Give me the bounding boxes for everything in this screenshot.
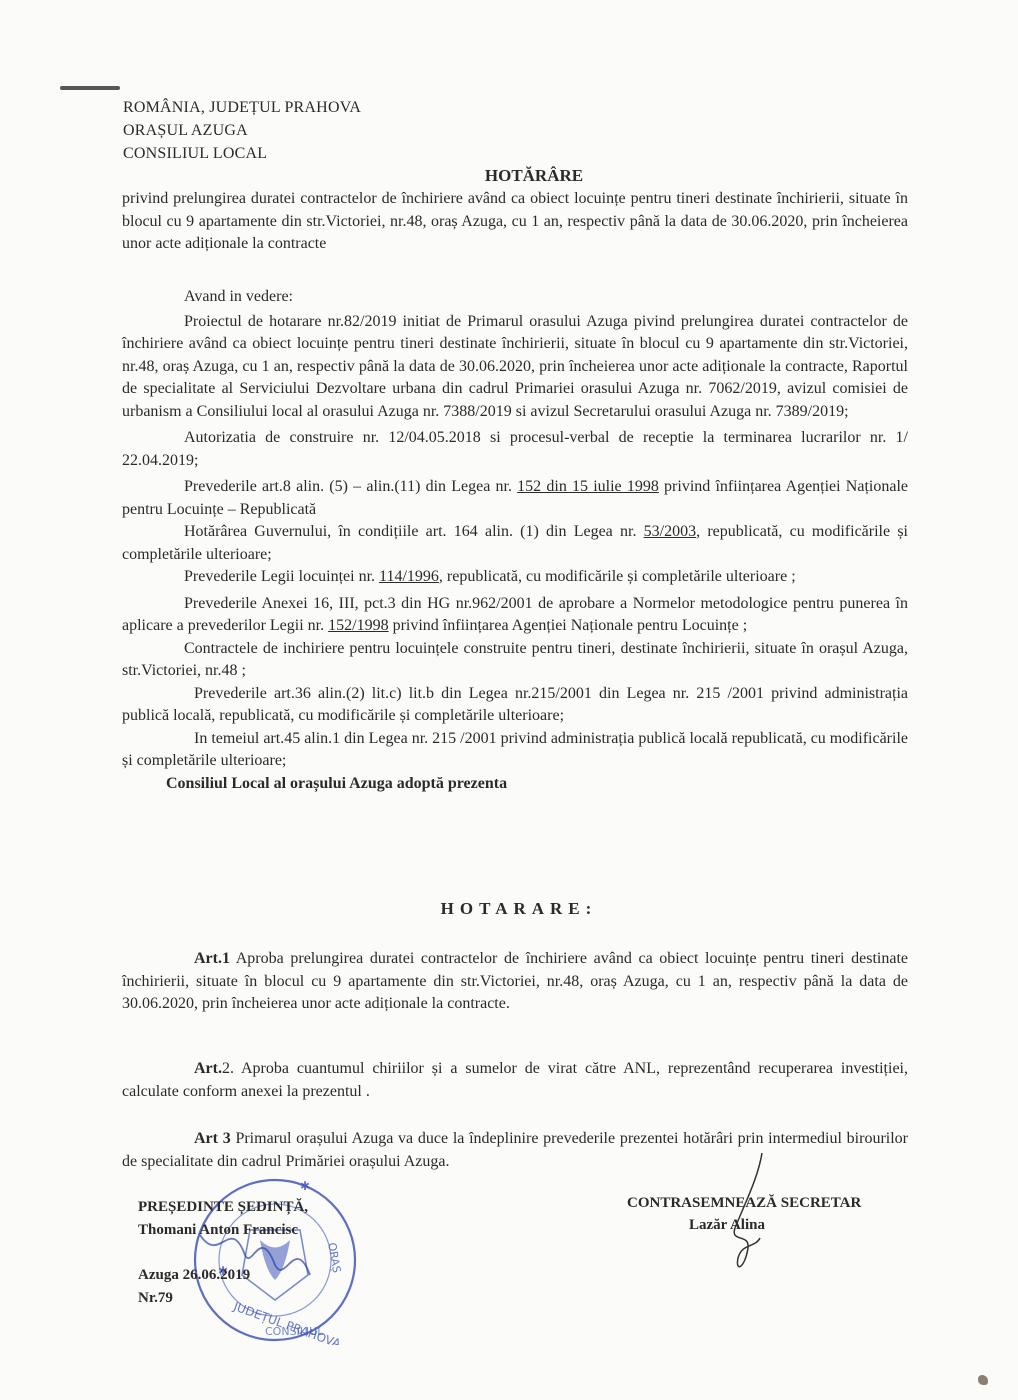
preamble: Avand in vedere: Proiectul de hotarare n… xyxy=(122,286,908,795)
preamble-item-1: Proiectul de hotarare nr.82/2019 initiat… xyxy=(122,311,908,424)
preamble-item-2: Autorizatia de construire nr. 12/04.05.2… xyxy=(122,427,908,472)
decision-title: HOTARARE: xyxy=(0,899,1018,919)
president-role: PREȘEDINTE ȘEDINȚĂ, xyxy=(138,1196,308,1219)
signature-block-president: PREȘEDINTE ȘEDINȚĂ, Thomani Anton Franci… xyxy=(138,1196,308,1310)
preamble-item-9: In temeiul art.45 alin.1 din Legea nr. 2… xyxy=(122,728,908,773)
article-2: Art.2. Aproba cuantumul chiriilor și a s… xyxy=(122,1058,908,1103)
secretary-signature-icon xyxy=(720,1148,780,1278)
preamble-item-5: Prevederile Legii locuinței nr. 114/1996… xyxy=(122,566,908,589)
header-country-county: ROMÂNIA, JUDEȚUL PRAHOVA xyxy=(123,96,361,119)
svg-text:✱: ✱ xyxy=(300,1179,310,1193)
issuer-header: ROMÂNIA, JUDEȚUL PRAHOVA ORAȘUL AZUGA CO… xyxy=(123,96,361,165)
article-3-text: Primarul orașului Azuga va duce la îndep… xyxy=(122,1130,908,1170)
preamble-item-7: Contractele de inchiriere pentru locuinț… xyxy=(122,638,908,683)
document-page: ROMÂNIA, JUDEȚUL PRAHOVA ORAȘUL AZUGA CO… xyxy=(0,0,1018,1400)
article-1-label: Art.1 xyxy=(194,950,230,967)
scan-artifact xyxy=(978,1375,988,1385)
article-2-text: . Aproba cuantumul chiriilor și a sumelo… xyxy=(122,1060,908,1100)
article-3: Art 3 Primarul orașului Azuga va duce la… xyxy=(122,1128,908,1173)
svg-text:CONSILIUL: CONSILIUL xyxy=(265,1325,324,1338)
preamble-item-6: Prevederile Anexei 16, III, pct.3 din HG… xyxy=(122,593,908,638)
preamble-intro: Avand in vedere: xyxy=(122,286,908,309)
article-1-text: Aproba prelungirea duratei contractelor … xyxy=(122,950,908,1012)
law-reference-link: 53/2003 xyxy=(644,523,696,540)
law-reference-link: 152 din 15 iulie 1998 xyxy=(517,478,659,495)
decision-number: Nr.79 xyxy=(138,1287,308,1310)
preamble-item-8: Prevederile art.36 alin.(2) lit.c) lit.b… xyxy=(122,683,908,728)
preamble-item-3: Prevederile art.8 alin. (5) – alin.(11) … xyxy=(122,476,908,521)
svg-text:ORAȘ: ORAȘ xyxy=(325,1242,343,1274)
law-reference-link: 114/1996 xyxy=(379,568,439,585)
preamble-item-4: Hotărârea Guvernului, în condițiile art.… xyxy=(122,521,908,566)
article-3-label: Art 3 xyxy=(194,1130,231,1147)
place-date: Azuga 26.06.2019 xyxy=(138,1264,308,1287)
law-reference-link: 152/1998 xyxy=(328,617,388,634)
scan-mark xyxy=(60,86,120,90)
document-title: HOTĂRÂRE xyxy=(0,166,1018,186)
header-council: CONSILIUL LOCAL xyxy=(123,142,361,165)
president-name: Thomani Anton Francisc xyxy=(138,1219,308,1242)
article-2-label: Art. xyxy=(194,1060,222,1077)
document-subject: privind prelungirea duratei contractelor… xyxy=(122,188,908,256)
preamble-adopts: Consiliul Local al orașului Azuga adoptă… xyxy=(122,773,908,796)
article-1: Art.1 Aproba prelungirea duratei contrac… xyxy=(122,948,908,1016)
header-town: ORAȘUL AZUGA xyxy=(123,119,361,142)
